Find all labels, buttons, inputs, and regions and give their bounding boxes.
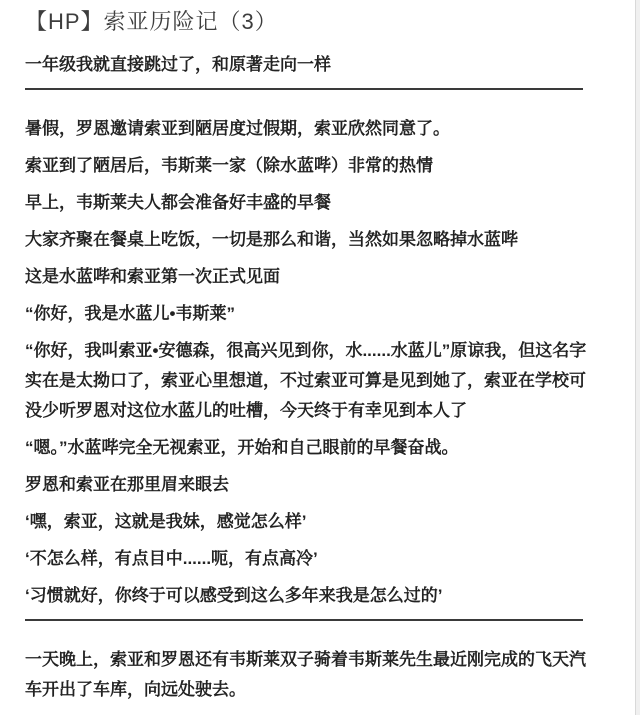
paragraph: 这是水蓝哔和索亚第一次正式见面: [25, 262, 596, 292]
paragraph: “嗯。”水蓝哔完全无视索亚，开始和自己眼前的早餐奋战。: [25, 433, 596, 463]
lead-paragraph: 一年级我就直接跳过了，和原著走向一样: [25, 50, 596, 80]
article-title: 【HP】索亚历险记（3）: [25, 6, 596, 38]
paragraph: 一天晚上，索亚和罗恩还有韦斯莱双子骑着韦斯莱先生最近刚完成的飞天汽车开出了车库，…: [25, 645, 596, 705]
paragraph: ‘不怎么样，有点目中......呃，有点高冷’: [25, 544, 596, 574]
article-page: 【HP】索亚历险记（3） 一年级我就直接跳过了，和原著走向一样暑假，罗恩邀请索亚…: [0, 0, 640, 715]
section-divider: [25, 88, 583, 90]
scrollbar-track[interactable]: [635, 0, 640, 715]
paragraph: “你好，我叫索亚•安德森，很高兴见到你，水......水蓝儿”原谅我，但这名字实…: [25, 336, 596, 426]
paragraph: 索亚到了陋居后，韦斯莱一家（除水蓝哔）非常的热情: [25, 151, 596, 181]
paragraph: 大家齐聚在餐桌上吃饭，一切是那么和谐，当然如果忽略掉水蓝哔: [25, 225, 596, 255]
article-body: 一年级我就直接跳过了，和原著走向一样暑假，罗恩邀请索亚到陋居度过假期，索亚欣然同…: [25, 50, 596, 705]
paragraph: 早上，韦斯莱夫人都会准备好丰盛的早餐: [25, 188, 596, 218]
section-divider: [25, 619, 583, 621]
paragraph: “你好，我是水蓝儿•韦斯莱”: [25, 299, 596, 329]
paragraph: ‘习惯就好，你终于可以感受到这么多年来我是怎么过的’: [25, 581, 596, 611]
paragraph: ‘嘿，索亚，这就是我妹，感觉怎么样’: [25, 507, 596, 537]
paragraph: 暑假，罗恩邀请索亚到陋居度过假期，索亚欣然同意了。: [25, 114, 596, 144]
paragraph: 罗恩和索亚在那里眉来眼去: [25, 470, 596, 500]
